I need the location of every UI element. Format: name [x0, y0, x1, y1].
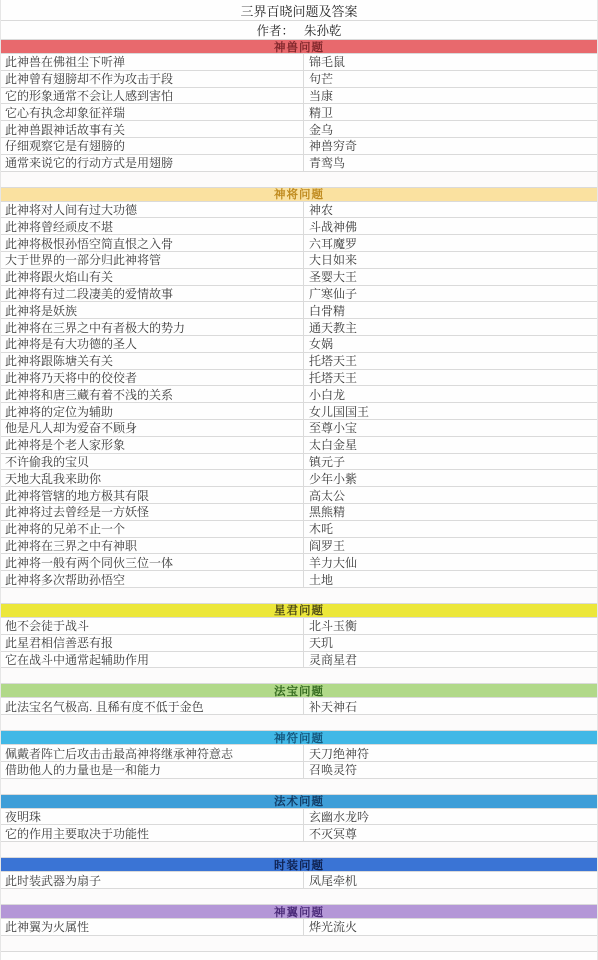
section-header-4: 法宝问题: [1, 684, 597, 698]
section-header-label: 星君问题: [274, 602, 324, 618]
table-row: 大于世界的一部分归此神将管 大日如来: [1, 252, 597, 269]
section-header-label: 神翼问题: [274, 904, 324, 920]
question-cell: 此神将多次帮助孙悟空: [1, 571, 304, 587]
qa-sheet: 三界百晓问题及答案 作者： 朱孙乾 神兽问题 此神兽在佛祖尘下听禅 锦毛鼠 此神…: [0, 0, 598, 960]
question-cell: 通常来说它的行动方式是用翅膀: [1, 155, 304, 171]
table-row: 此神兽跟神话故事有关 金乌: [1, 121, 597, 138]
table-row: 此法宝名气极高. 且稀有度不低于金色 补天神石: [1, 698, 597, 715]
section-header-label: 神符问题: [274, 730, 324, 746]
answer-cell: 召唤灵符: [304, 762, 597, 778]
answer-cell: 不灭冥尊: [304, 825, 597, 841]
author-label: 作者：: [256, 21, 294, 39]
table-row: 此神将极恨孙悟空简直恨之入骨 六耳魔罗: [1, 235, 597, 252]
title-row: 三界百晓问题及答案: [1, 0, 597, 21]
question-cell: 天地大乱我来助你: [1, 470, 304, 486]
table-row: 他是凡人却为爱奋不顾身 至尊小宝: [1, 420, 597, 437]
table-row: 佩戴者阵亡后攻击击最高神将继承神符意志 天刀绝神符: [1, 745, 597, 762]
answer-cell: 羊力大仙: [304, 554, 597, 570]
answer-cell: 青鸾鸟: [304, 155, 597, 171]
answer-cell: 北斗玉衡: [304, 618, 597, 634]
table-row: 此神将的定位为辅助 女儿国国王: [1, 403, 597, 420]
table-row: 此神将和唐三藏有着不浅的关系 小白龙: [1, 386, 597, 403]
question-cell: 此神将是有大功德的圣人: [1, 336, 304, 352]
table-row: 此神将是妖族 白骨精: [1, 302, 597, 319]
question-cell: 佩戴者阵亡后攻击击最高神将继承神符意志: [1, 745, 304, 761]
answer-cell: 大日如来: [304, 252, 597, 268]
question-cell: 此神将对人间有过大功德: [1, 202, 304, 218]
page-title: 三界百晓问题及答案: [240, 1, 357, 20]
author-row: 作者： 朱孙乾: [1, 21, 597, 40]
question-cell: 大于世界的一部分归此神将管: [1, 252, 304, 268]
answer-cell: 通天教主: [304, 319, 597, 335]
question-cell: 此神兽跟神话故事有关: [1, 121, 304, 137]
answer-cell: 天玑: [304, 635, 597, 651]
answer-cell: 太白金星: [304, 437, 597, 453]
section-spacer-row: [1, 936, 597, 952]
question-cell: 此神将跟火焰山有关: [1, 269, 304, 285]
table-row: 此神翼为火属性 烨光流火: [1, 919, 597, 936]
section-header-3: 星君问题: [1, 604, 597, 618]
question-cell: 此神将过去曾经是一方妖怪: [1, 504, 304, 520]
answer-cell: 六耳魔罗: [304, 235, 597, 251]
answer-cell: 木吒: [304, 521, 597, 537]
section-header-7: 时装问题: [1, 858, 597, 872]
table-row: 此神将一般有两个同伙三位一体 羊力大仙: [1, 554, 597, 571]
question-cell: 它心有执念却象征祥瑞: [1, 104, 304, 120]
table-row: 此神兽在佛祖尘下听禅 锦毛鼠: [1, 54, 597, 71]
table-row: 此神将是有大功德的圣人 女娲: [1, 336, 597, 353]
question-cell: 它的形象通常不会让人感到害怕: [1, 88, 304, 104]
question-cell: 仔细观察它是有翅膀的: [1, 138, 304, 154]
answer-cell: 阎罗王: [304, 538, 597, 554]
section-header-5: 神符问题: [1, 731, 597, 745]
table-row: 不许偷我的宝贝 镇元子: [1, 454, 597, 471]
answer-cell: 金乌: [304, 121, 597, 137]
question-cell: 此神将的定位为辅助: [1, 403, 304, 419]
table-row: 它的作用主要取决于功能性 不灭冥尊: [1, 825, 597, 842]
table-row: 天地大乱我来助你 少年小紫: [1, 470, 597, 487]
answer-cell: 高太公: [304, 487, 597, 503]
section-header-8: 神翼问题: [1, 905, 597, 919]
question-cell: 此神将跟陈塘关有关: [1, 353, 304, 369]
table-row: 此神将在三界之中有神职 阎罗王: [1, 538, 597, 555]
table-row: 借助他人的力量也是一和能力 召唤灵符: [1, 762, 597, 779]
table-row: 此神将对人间有过大功德 神农: [1, 202, 597, 219]
table-row: 此神将乃天将中的佼佼者 托塔天王: [1, 370, 597, 387]
question-cell: 此神将极恨孙悟空简直恨之入骨: [1, 235, 304, 251]
answer-cell: 神农: [304, 202, 597, 218]
table-row: 此神将多次帮助孙悟空 土地: [1, 571, 597, 588]
table-row: 此神曾有翅膀却不作为攻击于段 句芒: [1, 71, 597, 88]
answer-cell: 黑熊精: [304, 504, 597, 520]
answer-cell: 烨光流火: [304, 919, 597, 935]
table-row: 此神将有过二段凄美的爱情故事 广寒仙子: [1, 286, 597, 303]
question-cell: 他是凡人却为爱奋不顾身: [1, 420, 304, 436]
answer-cell: 镇元子: [304, 454, 597, 470]
table-row: 此神将曾经顽皮不堪 斗战神佛: [1, 218, 597, 235]
question-cell: 此法宝名气极高. 且稀有度不低于金色: [1, 698, 304, 714]
answer-cell: 广寒仙子: [304, 286, 597, 302]
table-row: 此神将过去曾经是一方妖怪 黑熊精: [1, 504, 597, 521]
table-row: 它的形象通常不会让人感到害怕 当康: [1, 88, 597, 105]
answer-cell: 女儿国国王: [304, 403, 597, 419]
question-cell: 此星君相信善恶有报: [1, 635, 304, 651]
answer-cell: 斗战神佛: [304, 218, 597, 234]
author-name: 朱孙乾: [304, 21, 342, 39]
answer-cell: 玄幽水龙吟: [304, 809, 597, 825]
answer-cell: 少年小紫: [304, 470, 597, 486]
question-cell: 此神将一般有两个同伙三位一体: [1, 554, 304, 570]
question-cell: 夜明珠: [1, 809, 304, 825]
table-row: 此神将跟陈塘关有关 托塔天王: [1, 353, 597, 370]
answer-cell: 白骨精: [304, 302, 597, 318]
answer-cell: 天刀绝神符: [304, 745, 597, 761]
section-header-label: 法宝问题: [274, 683, 324, 699]
section-header-6: 法术问题: [1, 795, 597, 809]
answer-cell: 小白龙: [304, 386, 597, 402]
section-header-label: 法术问题: [274, 793, 324, 809]
answer-cell: 托塔天王: [304, 370, 597, 386]
table-row: 此星君相信善恶有报 天玑: [1, 635, 597, 652]
answer-cell: 补天神石: [304, 698, 597, 714]
question-cell: 此神将和唐三藏有着不浅的关系: [1, 386, 304, 402]
table-row: 此神将的兄弟不止一个 木吒: [1, 521, 597, 538]
answer-cell: 精卫: [304, 104, 597, 120]
question-cell: 此神将管辖的地方极其有限: [1, 487, 304, 503]
table-row: 此神将是个老人家形象 太白金星: [1, 437, 597, 454]
section-header-1: 神兽问题: [1, 40, 597, 54]
table-row: 他不会徒于战斗 北斗玉衡: [1, 618, 597, 635]
question-cell: 此神将在三界之中有者极大的势力: [1, 319, 304, 335]
answer-cell: 神兽穷奇: [304, 138, 597, 154]
section-header-label: 神兽问题: [274, 39, 324, 55]
question-cell: 此神将的兄弟不止一个: [1, 521, 304, 537]
table-row: 此神将跟火焰山有关 圣婴大王: [1, 269, 597, 286]
question-cell: 此神将在三界之中有神职: [1, 538, 304, 554]
section-header-label: 神将问题: [274, 186, 324, 202]
question-cell: 此神曾有翅膀却不作为攻击于段: [1, 71, 304, 87]
question-cell: 不许偷我的宝贝: [1, 454, 304, 470]
answer-cell: 圣婴大王: [304, 269, 597, 285]
table-row: 此神将在三界之中有者极大的势力 通天教主: [1, 319, 597, 336]
answer-cell: 托塔天王: [304, 353, 597, 369]
table-row: 它在战斗中通常起辅助作用 灵商星君: [1, 652, 597, 669]
question-cell: 它的作用主要取决于功能性: [1, 825, 304, 841]
question-cell: 他不会徒于战斗: [1, 618, 304, 634]
table-row: 它心有执念却象征祥瑞 精卫: [1, 104, 597, 121]
answer-cell: 至尊小宝: [304, 420, 597, 436]
question-cell: 此神将是妖族: [1, 302, 304, 318]
table-row: 此时装武器为扇子 凤尾牵机: [1, 872, 597, 889]
table-row: 夜明珠 玄幽水龙吟: [1, 809, 597, 826]
question-cell: 此神将有过二段凄美的爱情故事: [1, 286, 304, 302]
question-cell: 借助他人的力量也是一和能力: [1, 762, 304, 778]
answer-cell: 灵商星君: [304, 652, 597, 668]
question-cell: 此神翼为火属性: [1, 919, 304, 935]
question-cell: 此时装武器为扇子: [1, 872, 304, 888]
answer-cell: 句芒: [304, 71, 597, 87]
table-row: 通常来说它的行动方式是用翅膀 青鸾鸟: [1, 155, 597, 172]
table-row: 仔细观察它是有翅膀的 神兽穷奇: [1, 138, 597, 155]
question-cell: 它在战斗中通常起辅助作用: [1, 652, 304, 668]
answer-cell: 凤尾牵机: [304, 872, 597, 888]
answer-cell: 当康: [304, 88, 597, 104]
answer-cell: 锦毛鼠: [304, 54, 597, 70]
question-cell: 此神兽在佛祖尘下听禅: [1, 54, 304, 70]
qa-table: 神兽问题 此神兽在佛祖尘下听禅 锦毛鼠 此神曾有翅膀却不作为攻击于段 句芒 它的…: [1, 40, 597, 952]
table-row: 此神将管辖的地方极其有限 高太公: [1, 487, 597, 504]
answer-cell: 女娲: [304, 336, 597, 352]
question-cell: 此神将是个老人家形象: [1, 437, 304, 453]
question-cell: 此神将曾经顽皮不堪: [1, 218, 304, 234]
question-cell: 此神将乃天将中的佼佼者: [1, 370, 304, 386]
section-header-label: 时装问题: [274, 857, 324, 873]
section-header-2: 神将问题: [1, 188, 597, 202]
answer-cell: 土地: [304, 571, 597, 587]
